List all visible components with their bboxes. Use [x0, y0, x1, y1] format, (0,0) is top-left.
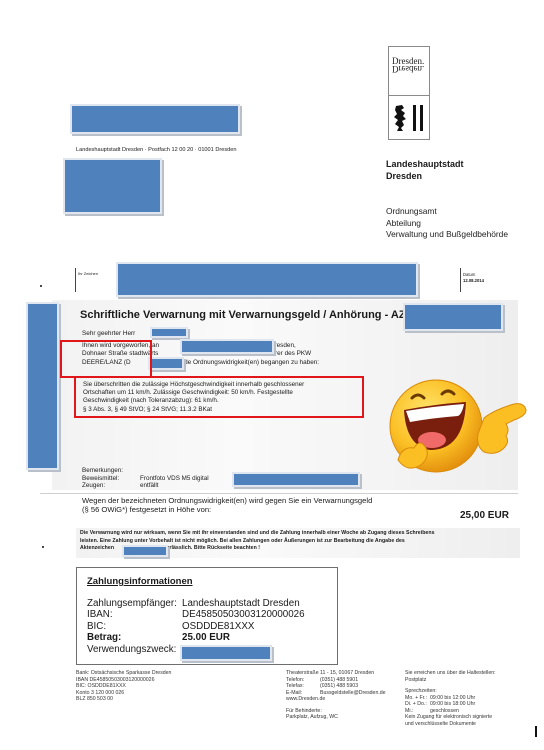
divider [40, 493, 518, 494]
contact-value: (0351) 488 5903 [320, 683, 358, 689]
redacted-evidence-detail [232, 472, 360, 487]
conditions-line: Die Verwarnung wird nur wirksam, wenn Si… [80, 530, 435, 538]
payment-label: Betrag: [87, 632, 182, 643]
date-divider [460, 268, 461, 292]
department-line: Abteilung [386, 218, 508, 230]
payment-heading: Zahlungsinformationen [87, 576, 193, 587]
payment-value: DE45850503003120000026 [182, 609, 305, 620]
department-line: Verwaltung und Bußgeldbehörde [386, 229, 508, 241]
footer-hours: Sie erreichen uns über die Haltestellen:… [405, 670, 496, 727]
witness-value: entfällt [140, 482, 159, 489]
department-line: Ordnungsamt [386, 206, 508, 218]
redacted-side-bar [26, 302, 59, 470]
fine-line: (§ 56 OWiG*) festgesetzt in Höhe von: [82, 505, 372, 514]
redacted-case-number [403, 303, 503, 331]
offense-line: § 3 Abs. 3, § 49 StVO; § 24 StVG; 11.3.2… [83, 406, 304, 414]
redacted-location [180, 339, 274, 354]
date-block: Datum 12.08.2014 [463, 272, 484, 284]
footer-contact: Theaterstraße 11 - 15, 01067 Dresden Tel… [286, 670, 386, 721]
conditions-line: unerlässlich. Bitte Rückseite beachten ! [160, 545, 260, 551]
text-cursor [535, 726, 537, 737]
date-value: 12.08.2014 [463, 278, 484, 284]
notice-title: Schriftliche Verwarnung mit Verwarnungsg… [80, 309, 409, 322]
redacted-name [150, 327, 188, 338]
payment-value: OSDDDE81XXX [182, 621, 254, 632]
authority-line1: Landeshauptstadt [386, 158, 464, 170]
accusation-text: folgende Ordnungswidrigkeit(en) begangen… [167, 359, 319, 366]
offense-line: Sie überschritten die zulässige Höchstge… [83, 381, 304, 389]
highlight-box-street [60, 340, 152, 378]
evidence-label: Beweismittel: [82, 475, 140, 483]
lion-crest-icon [393, 104, 407, 132]
fine-statement: Wegen der bezeichneten Ordnungswidrigkei… [82, 496, 372, 514]
redacted-reference [116, 262, 418, 297]
redacted-payment-reference [180, 645, 272, 661]
offense-line: Geschwindigkeit (nach Toleranzabzug): 61… [83, 397, 304, 405]
fine-amount: 25,00 EUR [460, 510, 509, 522]
offense-description: Sie überschritten die zulässige Höchstge… [83, 381, 304, 414]
contact-value: (0351) 488 5901 [320, 677, 358, 683]
hours-time: 09:00 bis 18:00 Uhr [430, 701, 475, 707]
payment-label: BIC: [87, 621, 182, 632]
fine-line: Wegen der bezeichneten Ordnungswidrigkei… [82, 496, 372, 505]
remarks-label: Bemerkungen: [82, 467, 209, 475]
email-link[interactable]: Bussgeldstelle@Dresden.de [320, 690, 386, 696]
redacted-file-number [122, 545, 168, 557]
payment-row: Zahlungsempfänger:Landeshauptstadt Dresd… [87, 598, 305, 609]
salutation: Sehr geehrter Herr [82, 330, 135, 337]
payment-label: Verwendungszweck: [87, 644, 182, 655]
transit-line: Sie erreichen uns über die Haltestellen: [405, 670, 496, 677]
your-reference-label: Ihr Zeichen [78, 271, 98, 276]
evidence-block: Bemerkungen: Beweismittel:Frontfoto VDS … [82, 467, 209, 490]
payment-row: IBAN:DE45850503003120000026 [87, 609, 305, 620]
offense-line: Ortschaften um 11 km/h. Zulässige Geschw… [83, 389, 304, 397]
payment-row: BIC:OSDDDE81XXX [87, 621, 305, 632]
authority-line2: Dresden [386, 170, 464, 182]
fold-mark [42, 546, 44, 548]
redacted-recipient-line [70, 104, 240, 134]
payment-label: IBAN: [87, 609, 182, 620]
payment-label: Zahlungsempfänger: [87, 598, 182, 609]
footer-bank: Bank: Ostsächsische Sparkasse Dresden IB… [76, 670, 171, 703]
no-access-note: Kein Zugang für elektronisch signierte [405, 714, 496, 721]
crest-bar-icon [413, 105, 416, 131]
logo-wordmark: Dresden. Dresden. [392, 57, 424, 73]
payment-row: Betrag:25.00 EUR [87, 632, 305, 643]
crest-bar-icon [420, 105, 423, 131]
bank-line: Bank: Ostsächsische Sparkasse Dresden [76, 670, 171, 677]
sender-return-address: Landeshauptstadt Dresden · Postfach 12 0… [76, 147, 236, 153]
evidence-value: Frontfoto VDS M5 digital [140, 475, 209, 482]
hours-time: 09:00 bis 12:00 Uhr [430, 695, 475, 701]
ref-divider [75, 268, 76, 292]
dresden-logo: Dresden. Dresden. [388, 46, 430, 140]
authority-name: Landeshauptstadt Dresden [386, 158, 464, 182]
witness-label: Zeugen: [82, 482, 140, 490]
payment-value: 25.00 EUR [182, 632, 230, 643]
redacted-recipient-address [63, 158, 162, 214]
payment-value: Landeshauptstadt Dresden [182, 598, 300, 609]
hours-time: geschlossen [430, 708, 459, 714]
laughing-pointing-emoji-icon [384, 374, 534, 480]
redacted-plate [148, 357, 184, 370]
no-access-note: und verschlüsselte Dokumente [405, 721, 496, 728]
department: Ordnungsamt Abteilung Verwaltung und Buß… [386, 206, 508, 241]
accessibility-value: Parkplatz, Aufzug, WC [286, 714, 386, 721]
logo-word-mirrored: Dresden. [392, 65, 424, 73]
bank-line: BLZ 850 503 00 [76, 696, 171, 703]
fold-mark [40, 285, 42, 287]
conditions-line: Aktenzeichen [80, 545, 114, 551]
